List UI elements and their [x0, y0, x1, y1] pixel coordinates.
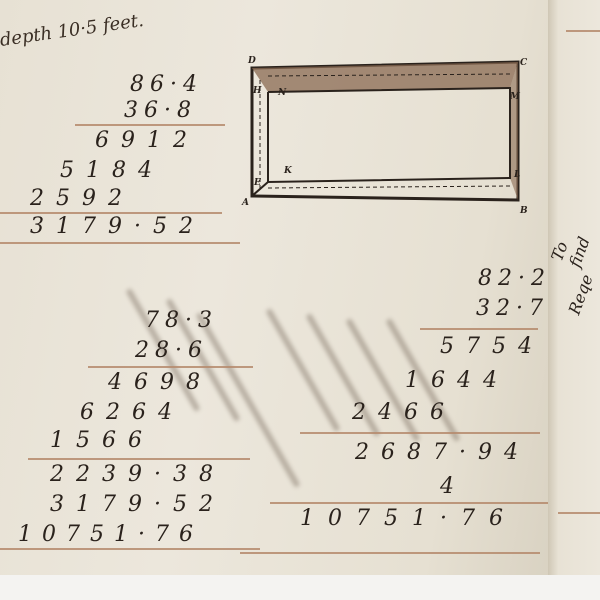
partial: 6912 — [95, 128, 199, 153]
facing-page: To find Reqe — [548, 0, 600, 590]
partial: 5184 — [60, 158, 164, 183]
multiplicand: 86·4 — [130, 72, 203, 97]
product: 2239·38 — [50, 462, 225, 487]
partial: 2466 — [352, 400, 456, 425]
total: 10751·76 — [300, 506, 517, 531]
label-l: L — [514, 170, 520, 180]
multiplicand: 82·2 — [478, 266, 551, 291]
corner-label-c: C — [520, 58, 527, 68]
label-e: E — [254, 178, 261, 188]
ink-smear — [265, 308, 340, 432]
partial: 1644 — [405, 368, 509, 393]
heading-fragment: depth 10·5 feet. — [0, 10, 145, 51]
corner-label-b: B — [520, 206, 528, 216]
multiplicand: 78·3 — [145, 308, 218, 333]
label-k: K — [284, 166, 292, 176]
corner-label-d: D — [248, 56, 256, 66]
product: 3179·52 — [30, 214, 205, 239]
product: 2687·94 — [355, 440, 530, 465]
page-curl — [0, 575, 600, 600]
corner-label-a: A — [242, 198, 249, 208]
label-h: H — [253, 86, 262, 96]
cistern-diagram: D C A B H N M K L E — [248, 60, 526, 206]
margin-text: Reqe — [565, 272, 597, 317]
multiplier: 36·8 — [124, 98, 197, 123]
multiplier: 32·7 — [476, 296, 549, 321]
partial: 4698 — [108, 370, 212, 395]
partial: 5754 — [440, 334, 544, 359]
addend: 3179·52 — [50, 492, 225, 517]
label-n: N — [278, 88, 286, 98]
margin-text: To find — [547, 208, 600, 270]
partial: 2592 — [30, 186, 134, 211]
multiplier: 28·6 — [135, 338, 208, 363]
total: 10751·76 — [18, 522, 203, 547]
factor: 4 — [440, 474, 460, 499]
label-m: M — [510, 92, 520, 102]
partial: 6264 — [80, 400, 184, 425]
manuscript-page: depth 10·5 feet. D C A B H N M K L E 86·… — [0, 0, 548, 600]
partial: 1566 — [50, 428, 154, 453]
